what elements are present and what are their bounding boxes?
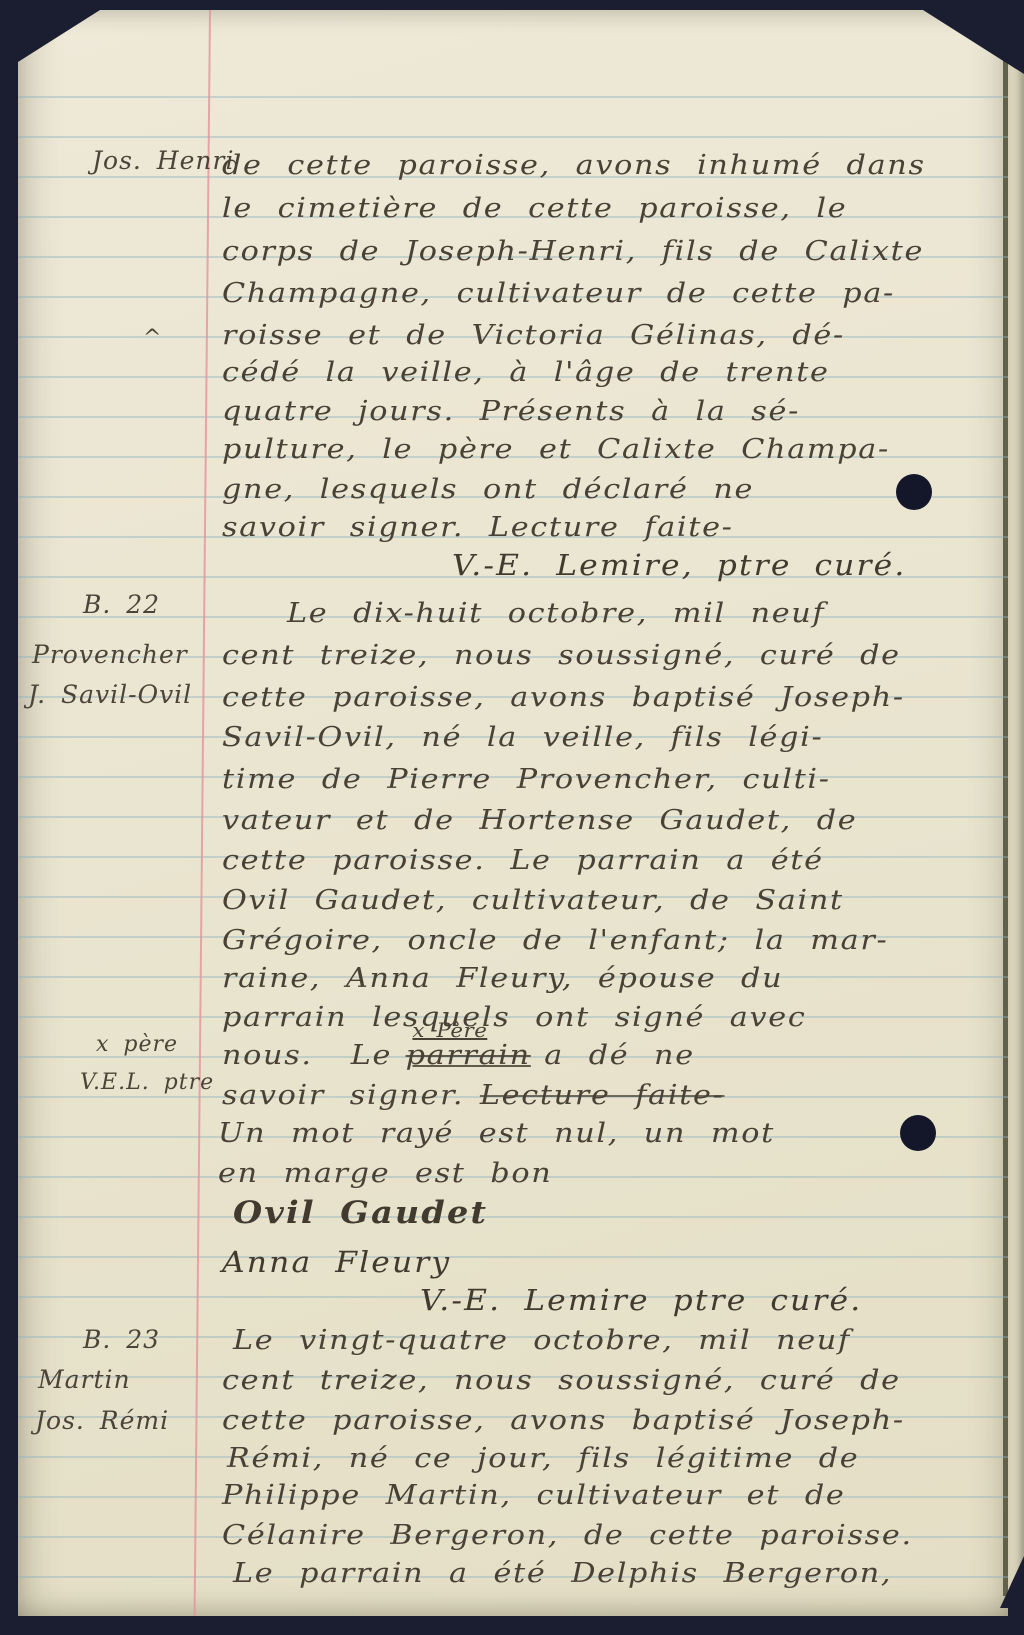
corrected-line-pre: nous. <box>222 1040 313 1071</box>
record-line: cent treize, nous soussigné, curé de <box>222 640 901 671</box>
struck-word-text: parrain <box>406 1040 531 1071</box>
record-line: le cimetière de cette paroisse, le <box>222 193 847 224</box>
record-line: pulture, le père et Calixte Champa- <box>222 434 890 465</box>
record-line-corrected: nous.Leparrainx Pèrea dé ne <box>222 1040 695 1071</box>
signature-line: V.-E. Lemire, ptre curé. <box>452 548 906 582</box>
record-line: savoir signer.Lecture faite- <box>222 1080 725 1111</box>
record-line: Philippe Martin, cultivateur et de <box>222 1480 845 1511</box>
corrected-line-post: a dé ne <box>544 1040 695 1071</box>
nota-line: Un mot rayé est nul, un mot <box>218 1118 775 1149</box>
record-line: de cette paroisse, avons inhumé dans <box>222 150 926 181</box>
signature-line: Ovil Gaudet <box>233 1195 488 1231</box>
margin-annotation: Provencher <box>32 640 188 669</box>
margin-annotation: B. 22 <box>83 590 160 619</box>
corrected-line-article: Le <box>351 1040 392 1071</box>
closing-line-text: savoir signer. <box>222 1080 464 1111</box>
nota-line: en marge est bon <box>218 1158 552 1189</box>
record-line: Célanire Bergeron, de cette paroisse. <box>222 1520 913 1551</box>
record-line: Grégoire, oncle de l'enfant; la mar- <box>222 925 888 956</box>
register-page-scan: Jos. Henri ^ de cette paroisse, avons in… <box>0 0 1024 1635</box>
record-line: cédé la veille, à l'âge de trente <box>222 357 830 388</box>
record-line: gne, lesquels ont déclaré ne <box>222 474 754 505</box>
margin-annotation: Jos. Henri <box>92 146 234 175</box>
insertion-mark: ^ <box>143 326 161 351</box>
record-line: cette paroisse, avons baptisé Joseph- <box>222 682 905 713</box>
record-line: raine, Anna Fleury, épouse du <box>222 963 783 994</box>
margin-correction-note: x père <box>96 1032 178 1057</box>
margin-annotation: Martin <box>38 1365 131 1394</box>
margin-annotation: B. 23 <box>83 1325 160 1354</box>
interlinear-correction: x Père <box>412 1018 487 1042</box>
margin-correction-initials: V.E.L. ptre <box>80 1070 214 1095</box>
record-line: Rémi, né ce jour, fils légitime de <box>227 1443 859 1474</box>
punch-hole <box>900 1115 936 1151</box>
record-line: corps de Joseph-Henri, fils de Calixte <box>222 236 924 267</box>
record-line: cette paroisse. Le parrain a été <box>222 845 824 876</box>
record-line: Le vingt-quatre octobre, mil neuf <box>233 1325 851 1356</box>
record-line: Champagne, cultivateur de cette pa- <box>222 278 895 309</box>
record-line: Le parrain a été Delphis Bergeron, <box>233 1558 892 1589</box>
record-line: cent treize, nous soussigné, curé de <box>222 1365 901 1396</box>
record-line: time de Pierre Provencher, culti- <box>222 764 831 795</box>
signature-line: V.-E. Lemire ptre curé. <box>420 1283 862 1317</box>
record-line: quatre jours. Présents à la sé- <box>222 396 800 427</box>
record-line: roisse et de Victoria Gélinas, dé- <box>222 320 845 351</box>
strikethrough-word: parrainx Père <box>406 1040 531 1071</box>
record-line: Savil-Ovil, né la veille, fils légi- <box>222 722 823 753</box>
record-line: cette paroisse, avons baptisé Joseph- <box>222 1405 905 1436</box>
margin-annotation: J. Savil-Ovil <box>28 680 192 709</box>
margin-annotation: Jos. Rémi <box>35 1406 169 1435</box>
record-line: parrain lesquels ont signé avec <box>222 1002 806 1033</box>
facing-page-edge <box>1003 32 1024 1596</box>
punch-hole <box>896 474 932 510</box>
struck-closing-text: Lecture faite- <box>480 1080 725 1111</box>
record-line: savoir signer. Lecture faite- <box>222 512 734 543</box>
record-line: Ovil Gaudet, cultivateur, de Saint <box>222 885 844 916</box>
record-line: vateur et de Hortense Gaudet, de <box>222 805 857 836</box>
signature-line: Anna Fleury <box>222 1245 451 1279</box>
record-line: Le dix-huit octobre, mil neuf <box>287 598 825 629</box>
